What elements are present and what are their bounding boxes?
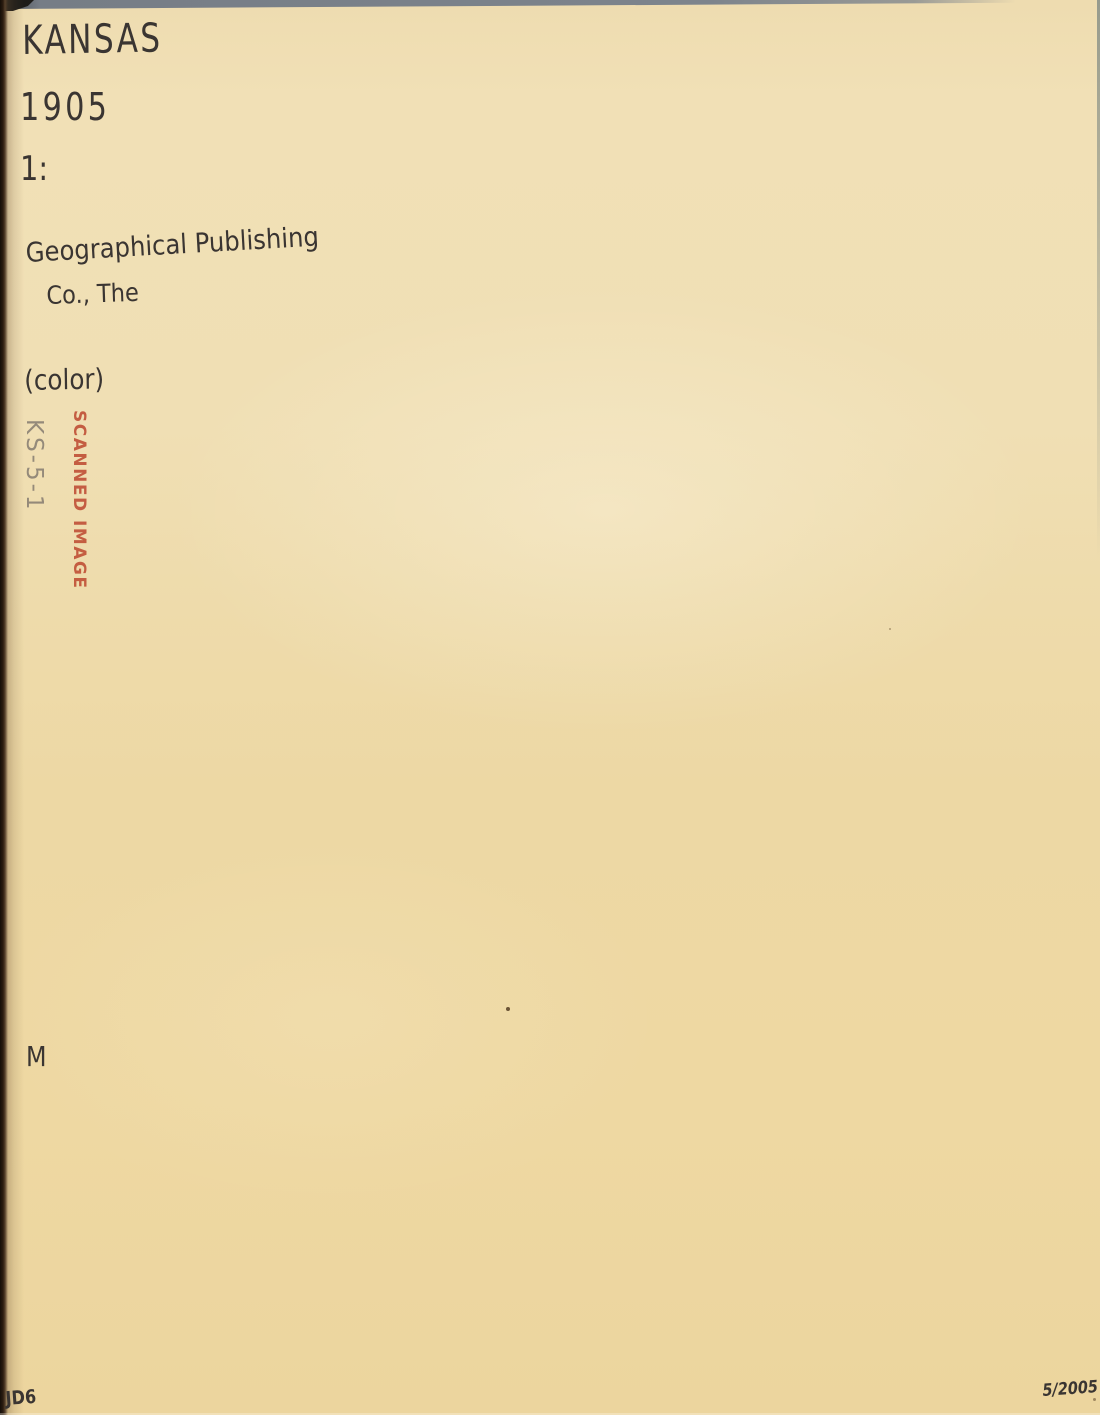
call-number-pencil: KS-5-1 (21, 419, 47, 513)
paper-speck (1093, 1398, 1096, 1401)
initials-mark: JD6 (5, 1388, 37, 1410)
publisher-line-2: Co., The (46, 280, 139, 309)
date-note: 5/2005 (1042, 1379, 1099, 1401)
year-label: 1905 (20, 88, 110, 128)
state-title: KANSAS (22, 17, 163, 62)
scale-note: 1: (20, 152, 48, 188)
scanned-folder-cover: KANSAS 1905 1: Geographical Publishing C… (0, 0, 1100, 1415)
paper-speck (889, 628, 891, 630)
paper-speck (506, 1007, 510, 1011)
scanner-edge-top (0, 0, 1016, 9)
publisher-line-1: Geographical Publishing (25, 224, 320, 269)
color-note: (color) (24, 364, 104, 395)
scanner-edge-left (0, 0, 24, 1415)
m-mark: M (26, 1042, 47, 1071)
scanned-image-stamp: SCANNED IMAGE (69, 410, 89, 589)
